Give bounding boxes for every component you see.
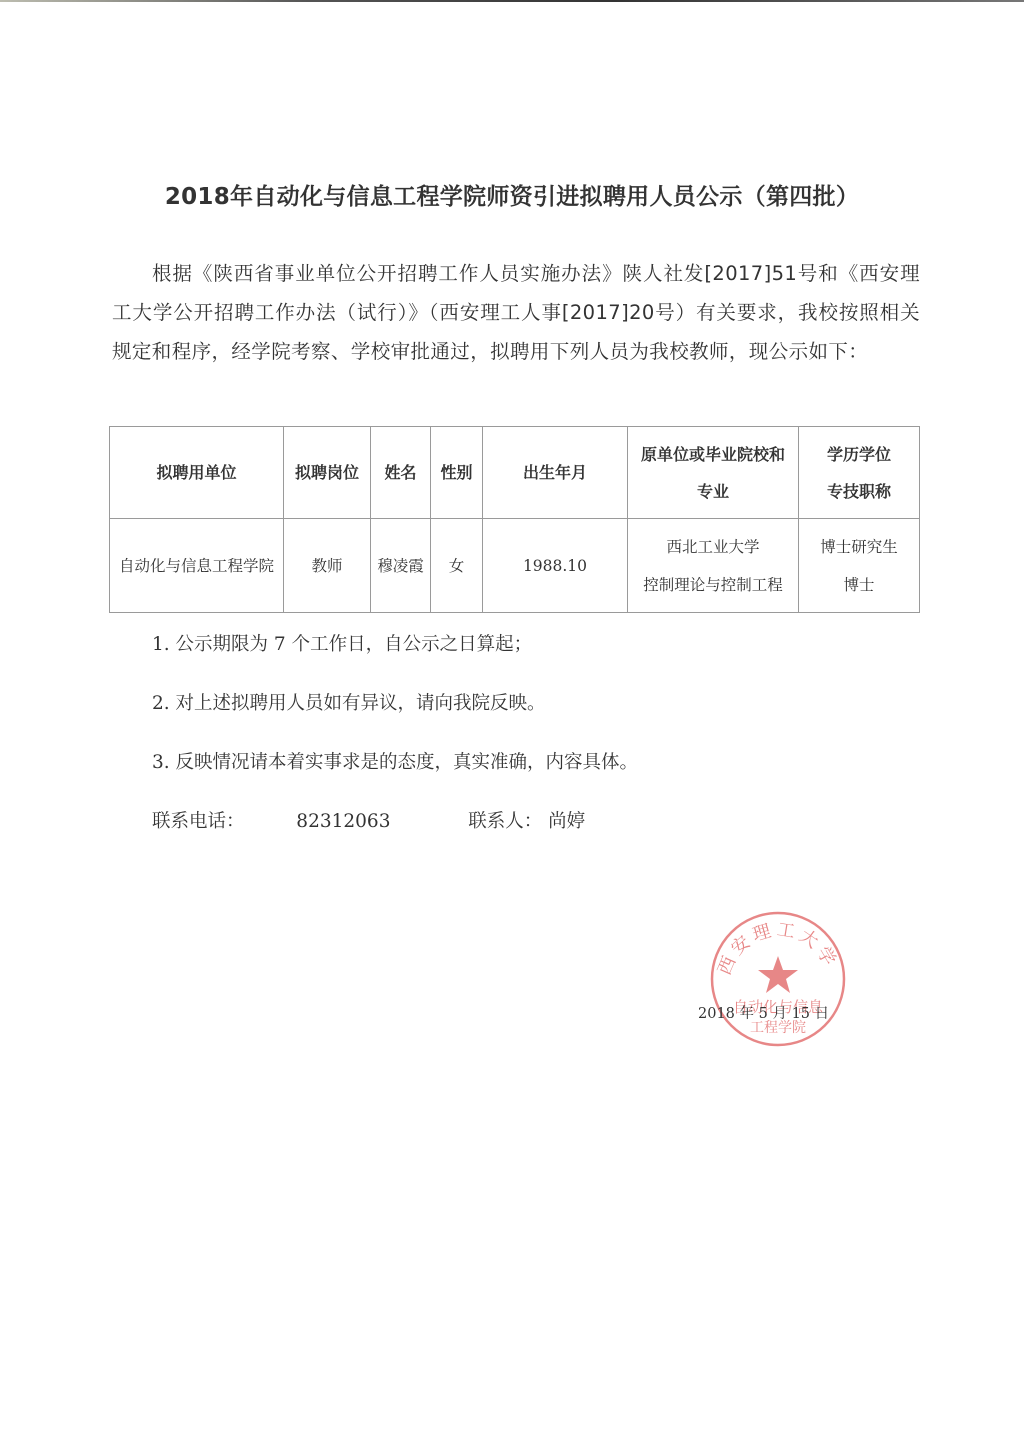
page-title: 2018年自动化与信息工程学院师资引进拟聘用人员公示（第四批） <box>0 178 1024 211</box>
contact-person-label: 联系人： <box>468 804 542 840</box>
header-position: 拟聘岗位 <box>284 427 371 519</box>
contact-line: 联系电话： 82312063 联系人： 尚婷 <box>152 804 852 863</box>
cell-birth: 1988.10 <box>483 519 628 613</box>
header-school-line1: 原单位或毕业院校和 <box>628 436 798 473</box>
notes-section: 1. 公示期限为 7 个工作日，自公示之日算起； 2. 对上述拟聘用人员如有异议… <box>152 627 852 863</box>
table-header-row: 拟聘用单位 拟聘岗位 姓名 性别 出生年月 原单位或毕业院校和 专业 学历学位 … <box>110 427 920 519</box>
header-gender: 性别 <box>431 427 483 519</box>
header-education-line2: 专技职称 <box>799 473 919 510</box>
cell-unit: 自动化与信息工程学院 <box>110 519 284 613</box>
cell-school-major: 西北工业大学 控制理论与控制工程 <box>628 519 799 613</box>
intro-paragraph: 根据《陕西省事业单位公开招聘工作人员实施办法》陕人社发[2017]51号和《西安… <box>112 254 920 371</box>
header-education: 学历学位 专技职称 <box>799 427 920 519</box>
note-item: 3. 反映情况请本着实事求是的态度，真实准确，内容具体。 <box>152 745 852 804</box>
contact-person: 尚婷 <box>548 804 585 840</box>
cell-gender: 女 <box>431 519 483 613</box>
phone-label: 联系电话： <box>152 804 245 840</box>
header-name: 姓名 <box>371 427 431 519</box>
header-school-line2: 专业 <box>628 473 798 510</box>
table-row: 自动化与信息工程学院 教师 穆凌霞 女 1988.10 西北工业大学 控制理论与… <box>110 519 920 613</box>
cell-position: 教师 <box>284 519 371 613</box>
note-item: 1. 公示期限为 7 个工作日，自公示之日算起； <box>152 627 852 686</box>
header-education-line1: 学历学位 <box>799 436 919 473</box>
cell-degree: 博士 <box>799 566 919 604</box>
cell-education: 博士研究生 <box>799 528 919 566</box>
candidate-table: 拟聘用单位 拟聘岗位 姓名 性别 出生年月 原单位或毕业院校和 专业 学历学位 … <box>109 426 920 613</box>
header-unit: 拟聘用单位 <box>110 427 284 519</box>
phone-number: 82312063 <box>296 804 390 840</box>
official-seal-icon: 西安理工大学 自动化与信息 工程学院 <box>707 908 849 1050</box>
header-school-major: 原单位或毕业院校和 专业 <box>628 427 799 519</box>
scan-top-edge <box>0 0 1024 2</box>
cell-name: 穆凌霞 <box>371 519 431 613</box>
note-item: 2. 对上述拟聘用人员如有异议，请向我院反映。 <box>152 686 852 745</box>
header-birth: 出生年月 <box>483 427 628 519</box>
issue-date: 2018 年 5 月 15 日 <box>698 1002 829 1023</box>
cell-education-degree: 博士研究生 博士 <box>799 519 920 613</box>
cell-school: 西北工业大学 <box>628 528 798 566</box>
cell-major: 控制理论与控制工程 <box>628 566 798 604</box>
